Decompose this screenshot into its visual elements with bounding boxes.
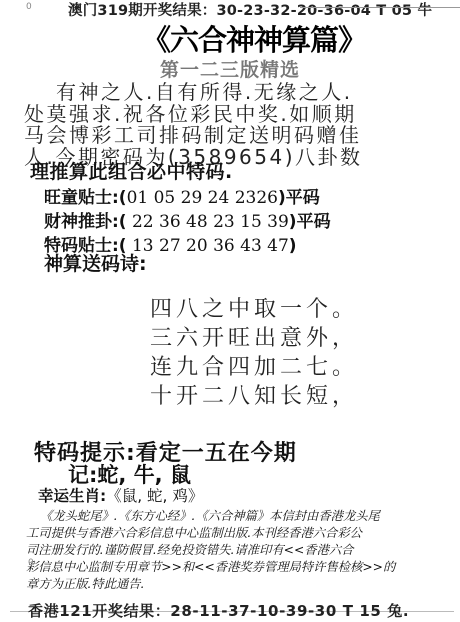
tip-suffix: )平码 (278, 188, 320, 208)
notice-line: 《龙头蛇尾》.《东方心经》.《六合神篇》本信封由香港龙头尾 (26, 508, 434, 525)
tip-numbers: 22 36 48 23 15 39 (127, 212, 289, 232)
headline: 理推算此组合必中特码. (30, 157, 233, 184)
poem: 四八之中取一个。 三六开旺出意外， 连九合四加二七。 十开二八知长短， (150, 295, 358, 411)
poem-line: 四八之中取一个。 (150, 295, 358, 324)
poem-heading: 神算送码诗: (44, 249, 147, 276)
hongkong-draw-result: 香港121开奖结果：28-11-37-10-39-30 T 15 兔. (28, 600, 409, 621)
intro-paragraph: 有神之人.自有所得.无缘之人. 处莫强求.祝各位彩民中奖.如顺期 马会博彩工司排… (24, 82, 363, 168)
notice-line: 彩信息中心监制专用章节>>和<<香港奖券管理局特许售检核>>的 (26, 559, 434, 576)
corner-mark: 0 (26, 2, 32, 12)
poem-line: 十开二八知长短， (150, 382, 358, 411)
intro-line: 处莫强求.祝各位彩民中奖.如顺期 (24, 104, 363, 126)
divider (300, 7, 460, 8)
tip-row: 财神推卦:( 22 36 48 23 15 39)平码 (44, 207, 331, 232)
notice-paragraph: 《龙头蛇尾》.《东方心经》.《六合神篇》本信封由香港龙头尾 工司提供与香港六合彩… (26, 508, 434, 593)
tip-label: 财神推卦:( (44, 212, 127, 232)
notice-line: 章方为正版.特此通告. (26, 576, 434, 593)
tip-label: 旺童贴士:( (44, 188, 127, 208)
tip-suffix: ) (289, 236, 297, 256)
intro-line: 有神之人.自有所得.无缘之人. (24, 82, 363, 104)
notice-line: 工司提供与香港六合彩信息中心监制出版.本刊经香港六合彩公 (26, 525, 434, 542)
intro-line: 马会博彩工司排码制定送明码赠佳 (24, 125, 363, 147)
page-title: 《六合神神算篇》 (142, 18, 366, 59)
poem-line: 连九合四加二七。 (150, 353, 358, 382)
tip-numbers: 13 27 20 36 43 47 (127, 236, 289, 256)
lucky-zodiac: 幸运生肖:《鼠, 蛇, 鸡》 (38, 484, 203, 506)
tip-suffix: )平码 (289, 212, 331, 232)
notice-line: 司注册发行的.谨防假冒.经免投资错失.请准印有<<香港六合 (26, 542, 434, 559)
macau-draw-result: 澳门319期开奖结果：30-23-32-20-36-04 T 05 牛 (68, 0, 432, 20)
corner-mark: 0 (28, 558, 34, 568)
lucky-label: 幸运生肖: (38, 487, 106, 505)
tip-row: 旺童贴士:(01 05 29 24 2326)平码 (44, 183, 320, 208)
page-subtitle: 第一二三版精选 (160, 55, 300, 82)
tip-numbers: 01 05 29 24 2326 (127, 188, 278, 208)
lucky-value: 《鼠, 蛇, 鸡》 (106, 487, 203, 505)
poem-line: 三六开旺出意外， (150, 324, 358, 353)
